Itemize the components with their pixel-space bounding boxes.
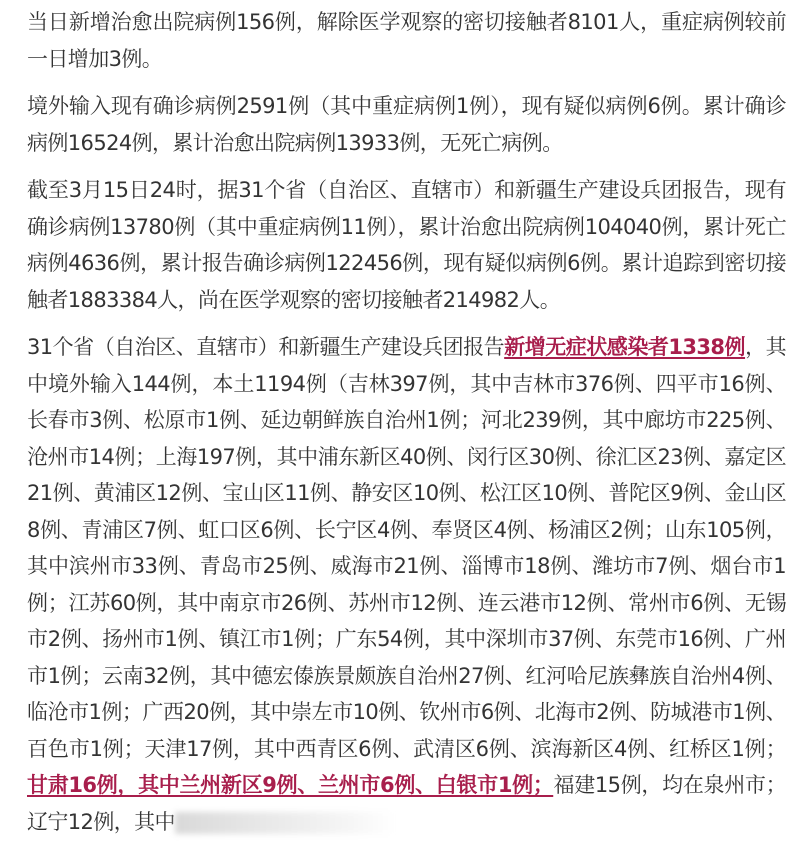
article-body: 当日新增治愈出院病例156例，解除医学观察的密切接触者8101人，重症病例较前一…	[0, 0, 800, 840]
paragraph-cured-summary: 当日新增治愈出院病例156例，解除医学观察的密切接触者8101人，重症病例较前一…	[27, 4, 786, 77]
asymptomatic-breakdown: ，其中境外输入144例，本土1194例（吉林397例，其中吉林市376例、四平市…	[27, 335, 786, 761]
highlight-gansu: 甘肃16例，其中兰州新区9例、兰州市6例、白银市1例；	[27, 773, 553, 797]
asymptomatic-intro: 31个省（自治区、直辖市）和新疆生产建设兵团报告	[27, 335, 504, 359]
paragraph-national-totals: 截至3月15日24时，据31个省（自治区、直辖市）和新疆生产建设兵团报告，现有确…	[27, 172, 786, 318]
paragraph-asymptomatic: 31个省（自治区、直辖市）和新疆生产建设兵团报告新增无症状感染者1338例，其中…	[27, 329, 786, 840]
highlight-new-asymptomatic: 新增无症状感染者1338例	[504, 335, 745, 359]
blurred-overlay	[175, 812, 395, 834]
paragraph-imported-cases: 境外输入现有确诊病例2591例（其中重症病例1例），现有疑似病例6例。累计确诊病…	[27, 88, 786, 161]
